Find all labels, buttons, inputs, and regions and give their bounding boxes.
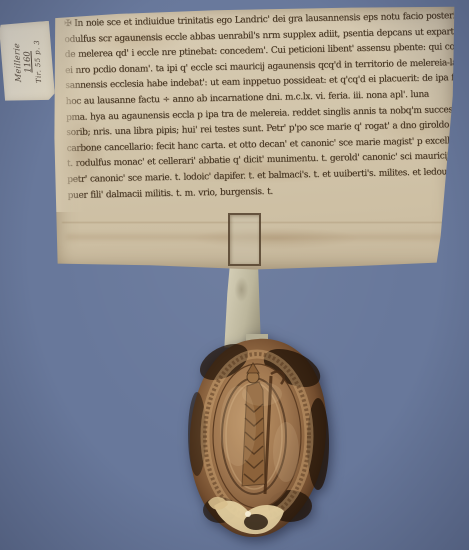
- archive-label-text: Meillerie 1160 Tir. 55 p. 3: [1, 22, 53, 100]
- manuscript-text: ✠ In noie sce et indiuidue trinitatis eg…: [64, 9, 458, 204]
- archive-label: Meillerie 1160 Tir. 55 p. 3: [0, 21, 55, 103]
- archival-photo: ✠ In noie sce et indiuidue trinitatis eg…: [0, 0, 469, 550]
- wax-seal: [184, 334, 332, 542]
- faded-left-margin: [54, 12, 84, 212]
- parchment-charter: ✠ In noie sce et indiuidue trinitatis eg…: [54, 6, 456, 270]
- plica-slit: [228, 213, 261, 266]
